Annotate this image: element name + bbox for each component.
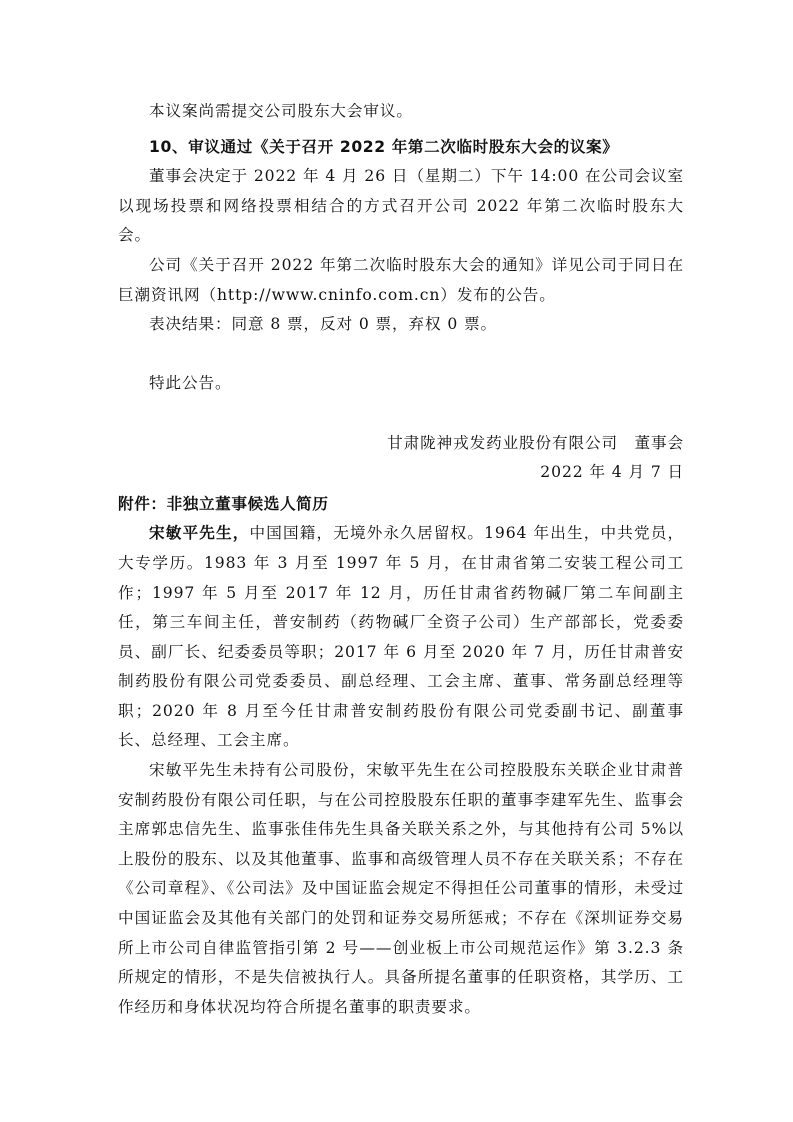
candidate-bio-para-1: 宋敏平先生，中国国籍，无境外永久居留权。1964 年出生，中共党员，大专学历。1…: [118, 519, 684, 756]
spacer: [118, 399, 684, 429]
document-page: 本议案尚需提交公司股东大会审议。 10、审议通过《关于召开 2022 年第二次临…: [118, 97, 684, 1022]
section-10-heading: 10、审议通过《关于召开 2022 年第二次临时股东大会的议案》: [118, 133, 684, 163]
intro-line: 本议案尚需提交公司股东大会审议。: [118, 97, 684, 127]
candidate-name: 宋敏平先生，: [149, 524, 250, 542]
closing-line: 特此公告。: [118, 369, 684, 399]
attachment-heading: 附件：非独立董事候选人简历: [118, 490, 684, 520]
vote-result: 表决结果：同意 8 票，反对 0 票，弃权 0 票。: [118, 310, 684, 340]
candidate-bio-para-2: 宋敏平先生未持有公司股份，宋敏平先生在公司控股股东关联企业甘肃普安制药股份有限公…: [118, 756, 684, 1022]
section-10-para-1: 董事会决定于 2022 年 4 月 26 日（星期二）下午 14:00 在公司会…: [118, 162, 684, 251]
candidate-bio-text: 中国国籍，无境外永久居留权。1964 年出生，中共党员，大专学历。1983 年 …: [118, 524, 684, 749]
section-10-para-2: 公司《关于召开 2022 年第二次临时股东大会的通知》详见公司于同日在巨潮资讯网…: [118, 251, 684, 310]
spacer: [118, 340, 684, 370]
signature-date: 2022 年 4 月 7 日: [118, 458, 684, 488]
signature-company: 甘肃陇神戎发药业股份有限公司 董事会: [118, 429, 684, 459]
